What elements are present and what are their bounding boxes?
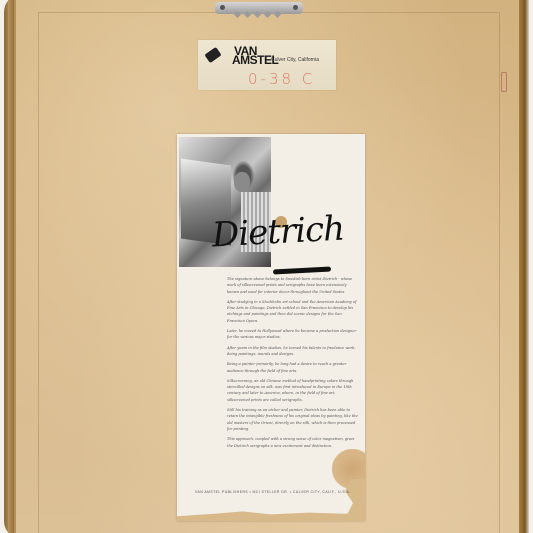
- bio-paragraph: After years in the film studios, he turn…: [227, 345, 359, 358]
- torn-bottom-edge: [177, 509, 365, 521]
- bio-paragraph: After studying in a Stockholm art school…: [227, 299, 359, 324]
- sawtooth-hanger: [215, 2, 303, 14]
- pencil-mark: [501, 72, 507, 92]
- van-amstel-logo-icon: [204, 47, 221, 63]
- biography-text: The signature above belongs to Swedish-b…: [227, 276, 359, 453]
- artist-signature: Dietrich: [211, 209, 345, 256]
- artist-leaflet: Dietrich The signature above belongs to …: [177, 134, 365, 521]
- hanger-hole-left: [220, 5, 225, 10]
- publisher-footer: VAN AMSTEL PUBLISHERS • MCI STELLER DR. …: [195, 490, 351, 494]
- signature-underline: [273, 266, 331, 274]
- bio-paragraph: The signature above belongs to Swedish-b…: [227, 276, 359, 295]
- frame-right-edge: [519, 0, 529, 533]
- bio-paragraph: Later, he moved to Hollywood where he be…: [227, 328, 359, 341]
- bio-paragraph: Still his training as an etcher and pain…: [227, 407, 359, 432]
- bio-paragraph: Being a painter primarily, he long had a…: [227, 361, 359, 374]
- gallery-label: VAN AMSTEL Culver City, California 0-38 …: [198, 40, 336, 90]
- bio-paragraph: Silkscreening, an old Chinese method of …: [227, 378, 359, 403]
- label-city: Culver City, California: [271, 57, 319, 63]
- bio-paragraph: This approach, coupled with a strong sen…: [227, 436, 359, 449]
- handwritten-code: 0-38 C: [248, 70, 315, 88]
- hanger-hole-right: [293, 5, 298, 10]
- photo-artist-face: [234, 172, 250, 192]
